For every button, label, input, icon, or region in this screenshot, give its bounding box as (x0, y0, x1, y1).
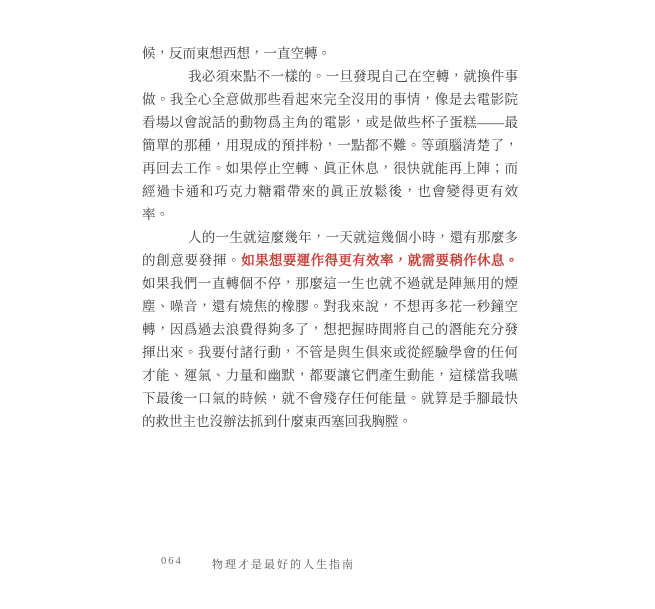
line-text: 做。我全心全意做那些看起來完全沒用的事情，像是去電影院 (142, 92, 518, 107)
line-text: 簡單的那種，用現成的預拌粉，一點都不難。等頭腦清楚了， (142, 138, 518, 153)
text-line: 的創意要發揮。如果想要運作得更有效率，就需要稍作休息。 (142, 249, 518, 272)
line-text: 率。 (142, 207, 169, 222)
text-line: 簡單的那種，用現成的預拌粉，一點都不難。等頭腦清楚了， (142, 134, 518, 157)
line-text: 下最後一口氣的時候，就不會殘存任何能量。就算是手腳最快 (142, 391, 518, 406)
text-line: 經過卡通和巧克力糖霜帶來的眞正放鬆後，也會變得更有效 (142, 180, 518, 203)
text-line: 才能、運氣、力量和幽默，都要讓它們產生動能，這樣當我嚥 (142, 364, 518, 387)
text-line: 率。 (142, 203, 518, 226)
line-text: 的創意要發揮。 (142, 253, 241, 268)
page-number: 064 (161, 556, 183, 567)
page-footer: 064 物理才是最好的人生指南 (0, 556, 655, 572)
line-text: 揮出來。我要付諸行動，不管是與生俱來或從經驗學會的任何 (142, 345, 518, 360)
emphasis-red-text: 如果想要運作得更有效率，就需要稍作休息。 (241, 253, 518, 268)
book-title: 物理才是最好的人生指南 (212, 556, 355, 572)
line-text: 再回去工作。如果停止空轉、眞正休息，很快就能再上陣；而 (142, 161, 518, 176)
text-line: 的救世主也沒辦法抓到什麼東西塞回我胸膛。 (142, 410, 518, 433)
text-line: 轉，因爲過去浪費得夠多了，想把握時間將自己的潛能充分發 (142, 318, 518, 341)
line-text: 候，反而東想西想，一直空轉。 (142, 46, 331, 61)
line-text: 的救世主也沒辦法抓到什麼東西塞回我胸膛。 (142, 414, 412, 429)
body-text: 候，反而東想西想，一直空轉。 我必須來點不一樣的。一旦發現自己在空轉，就換件事情… (142, 42, 518, 433)
text-line: 看場以會說話的動物爲主角的電影，或是做些杯子蛋糕——最 (142, 111, 518, 134)
line-text: 人的一生就這麼幾年，一天就這幾個小時，還有那麼多 (188, 230, 518, 245)
text-line: 人的一生就這麼幾年，一天就這幾個小時，還有那麼多 (142, 226, 518, 249)
text-line: 下最後一口氣的時候，就不會殘存任何能量。就算是手腳最快 (142, 387, 518, 410)
text-line: 塵、噪音，還有燒焦的橡膠。對我來說，不想再多花一秒鐘空 (142, 295, 518, 318)
line-text: 經過卡通和巧克力糖霜帶來的眞正放鬆後，也會變得更有效 (142, 184, 518, 199)
text-line: 候，反而東想西想，一直空轉。 (142, 42, 518, 65)
line-text: 塵、噪音，還有燒焦的橡膠。對我來說，不想再多花一秒鐘空 (142, 299, 518, 314)
line-text: 如果我們一直轉個不停，那麼這一生也就不過就是陣無用的煙 (142, 276, 518, 291)
book-page: 候，反而東想西想，一直空轉。 我必須來點不一樣的。一旦發現自己在空轉，就換件事情… (0, 0, 655, 609)
line-text: 才能、運氣、力量和幽默，都要讓它們產生動能，這樣當我嚥 (142, 368, 518, 383)
text-line: 再回去工作。如果停止空轉、眞正休息，很快就能再上陣；而 (142, 157, 518, 180)
line-text: 我必須來點不一樣的。一旦發現自己在空轉，就換件事情 (188, 69, 518, 88)
line-text: 看場以會說話的動物爲主角的電影，或是做些杯子蛋糕——最 (142, 115, 518, 130)
text-line: 揮出來。我要付諸行動，不管是與生俱來或從經驗學會的任何 (142, 341, 518, 364)
text-line: 做。我全心全意做那些看起來完全沒用的事情，像是去電影院 (142, 88, 518, 111)
line-text: 轉，因爲過去浪費得夠多了，想把握時間將自己的潛能充分發 (142, 322, 518, 337)
text-line: 我必須來點不一樣的。一旦發現自己在空轉，就換件事情 (142, 65, 518, 88)
text-line: 如果我們一直轉個不停，那麼這一生也就不過就是陣無用的煙 (142, 272, 518, 295)
